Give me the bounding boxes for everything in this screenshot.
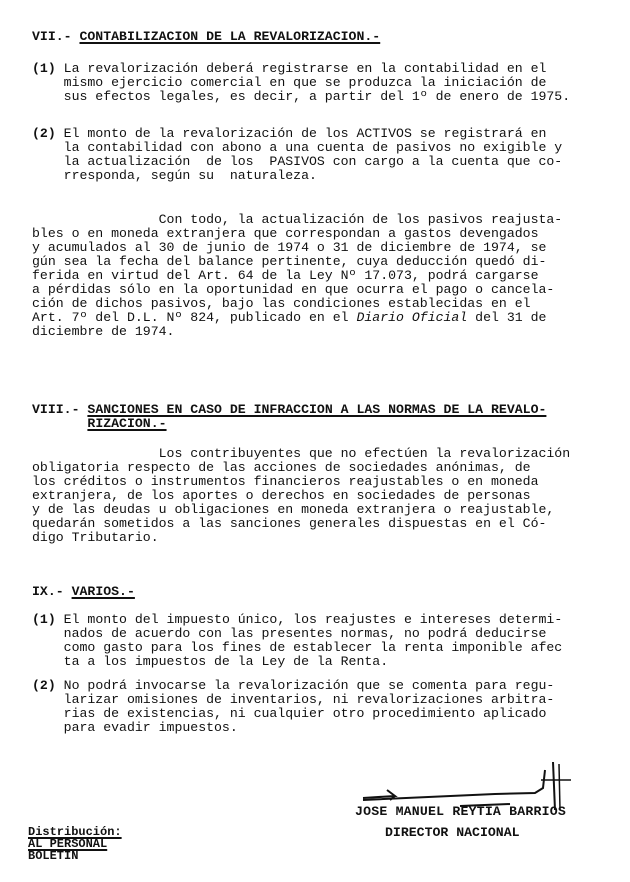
section-vii-continuation: Con todo, la actualización de los pasivo… — [32, 213, 562, 339]
signatory-title: DIRECTOR NACIONAL — [385, 826, 520, 840]
section-viii-title-cont: RIZACION.- — [87, 416, 166, 431]
text-line: extranjera, de los aportes o derechos en… — [32, 489, 570, 503]
text-line: como gasto para los fines de establecer … — [32, 641, 562, 655]
text-line: y acumulados al 30 de junio de 1974 o 31… — [32, 241, 562, 255]
text-line: nados de acuerdo con las presentes norma… — [32, 627, 562, 641]
item-marker: (2) — [32, 678, 56, 693]
text-line: la actualización de los PASIVOS con carg… — [32, 155, 562, 169]
diario-oficial-reference: Diario Oficial — [356, 310, 467, 325]
text-line: ferida en virtud del Art. 64 de la Ley N… — [32, 269, 562, 283]
section-ix-number: IX.- — [32, 584, 72, 599]
section-viii-title: SANCIONES EN CASO DE INFRACCION A LAS NO… — [87, 402, 546, 417]
distribution-recipient: BOLETIN — [28, 850, 122, 862]
signatory-name: JOSE MANUEL REYTIA BARRIOS — [355, 805, 566, 819]
section-viii-heading: VIII.- SANCIONES EN CASO DE INFRACCION A… — [32, 403, 546, 431]
item-marker: (2) — [32, 126, 56, 141]
section-ix-item-1: (1) El monto del impuesto único, los rea… — [32, 613, 562, 669]
text-line: Art. 7º del D.L. Nº 824, publicado en el… — [32, 311, 562, 325]
handwritten-signature-icon — [345, 760, 605, 810]
text-line: Con todo, la actualización de los pasivo… — [32, 213, 562, 227]
section-ix-heading: IX.- VARIOS.- — [32, 585, 135, 599]
text-line: rresponda, según su naturaleza. — [32, 169, 562, 183]
section-ix-item-2: (2) No podrá invocarse la revalorización… — [32, 679, 554, 735]
text-line: obligatoria respecto de las acciones de … — [32, 461, 570, 475]
section-vii-number: VII.- — [32, 29, 79, 44]
section-vii-item-1: (1) La revalorización deberá registrarse… — [32, 62, 570, 104]
section-vii-heading: VII.- CONTABILIZACION DE LA REVALORIZACI… — [32, 30, 380, 44]
text-line: bles o en moneda extranjera que correspo… — [32, 227, 562, 241]
text-segment: del 31 de — [467, 310, 546, 325]
text-line: sus efectos legales, es decir, a partir … — [32, 90, 570, 104]
text-line: El monto del impuesto único, los reajust… — [56, 612, 562, 627]
text-line: Los contribuyentes que no efectúen la re… — [32, 447, 570, 461]
section-vii-title: CONTABILIZACION DE LA REVALORIZACION.- — [79, 29, 380, 44]
text-line: quedarán sometidos a las sanciones gener… — [32, 517, 570, 531]
text-line: gún sea la fecha del balance pertinente,… — [32, 255, 562, 269]
text-line: No podrá invocarse la revalorización que… — [56, 678, 555, 693]
text-line: La revalorización deberá registrarse en … — [56, 61, 547, 76]
text-line: larizar omisiones de inventarios, ni rev… — [32, 693, 554, 707]
text-line: mismo ejercicio comercial en que se prod… — [32, 76, 570, 90]
text-line: rias de existencias, ni cualquier otro p… — [32, 707, 554, 721]
text-line: la contabilidad con abono a una cuenta d… — [32, 141, 562, 155]
section-viii-number: VIII.- — [32, 402, 87, 417]
text-line: ta a los impuestos de la Ley de la Renta… — [32, 655, 562, 669]
text-line: y de las deudas u obligaciones en moneda… — [32, 503, 570, 517]
section-ix-title: VARIOS.- — [72, 584, 135, 599]
text-line: El monto de la revalorización de los ACT… — [56, 126, 547, 141]
item-marker: (1) — [32, 612, 56, 627]
text-line: diciembre de 1974. — [32, 325, 562, 339]
text-line: a pérdidas sólo en la oportunidad en que… — [32, 283, 562, 297]
distribution-block: Distribución: AL PERSONAL BOLETIN — [28, 826, 122, 862]
text-line: digo Tributario. — [32, 531, 570, 545]
item-marker: (1) — [32, 61, 56, 76]
text-line: los créditos o instrumentos financieros … — [32, 475, 570, 489]
text-segment: Art. 7º del D.L. Nº 824, publicado en el — [32, 310, 356, 325]
section-vii-item-2: (2) El monto de la revalorización de los… — [32, 127, 562, 183]
text-line: para evadir impuestos. — [32, 721, 554, 735]
text-line: ción de dichos pasivos, bajo las condici… — [32, 297, 562, 311]
section-viii-paragraph: Los contribuyentes que no efectúen la re… — [32, 447, 570, 545]
